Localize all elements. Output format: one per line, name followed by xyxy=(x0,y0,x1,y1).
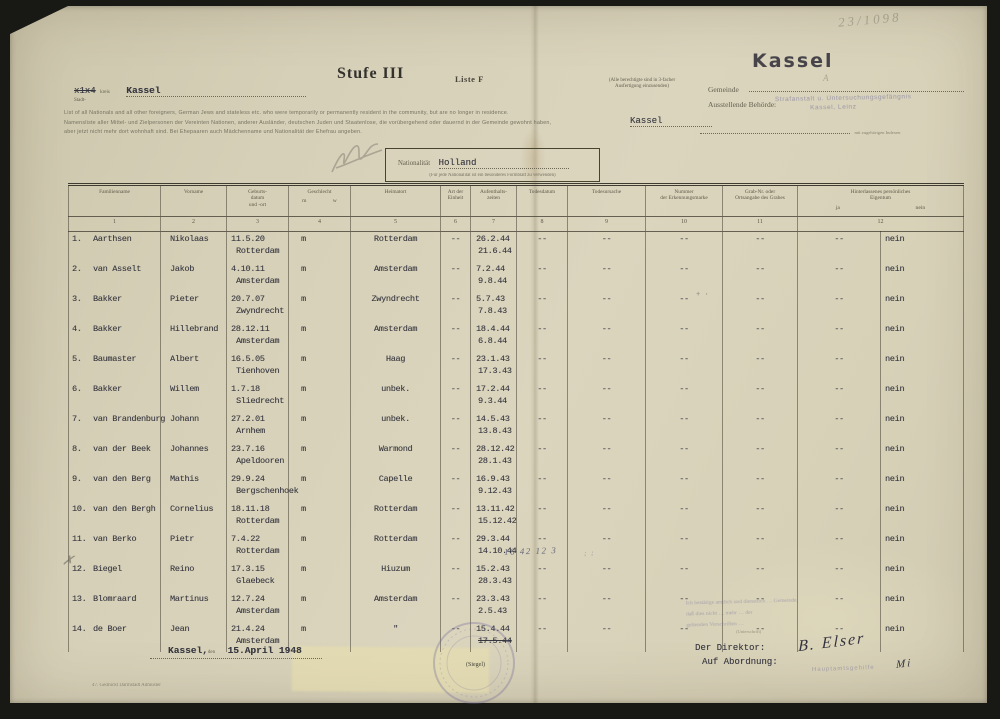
stay-to: 9.3.44 xyxy=(471,394,516,406)
cell-property-ja-value: -- xyxy=(798,442,880,454)
table-row: 10.van den BerghCornelius18.11.18Rotterd… xyxy=(69,502,964,532)
cell-death-cause-value: -- xyxy=(568,562,645,574)
cell-id-tag: -- xyxy=(646,352,723,382)
birth-place: Tienhoven xyxy=(227,364,288,376)
cell-death-cause: -- xyxy=(568,532,646,562)
cell-death-date-value: -- xyxy=(517,322,567,334)
cell-property-ja-value: -- xyxy=(798,562,880,574)
date-underline xyxy=(150,658,322,659)
stay-from: 13.11.42 xyxy=(471,502,516,514)
cell-death-date-value: -- xyxy=(517,382,567,394)
cell-grave-value: -- xyxy=(723,562,797,574)
cell-stay: 7.2.449.8.44 xyxy=(471,262,517,292)
property-nein-value: nein xyxy=(881,232,963,244)
property-nein-value: nein xyxy=(881,322,963,334)
cell-firstname: Martinus xyxy=(161,592,227,622)
cell-birth: 16.5.05Tienhoven xyxy=(227,352,289,382)
unit-value: -- xyxy=(441,472,470,484)
cell-stay: 14.5.4313.8.43 xyxy=(471,412,517,442)
cell-surname: 9.van den Berg xyxy=(69,472,161,502)
cell-grave-value: -- xyxy=(723,442,797,454)
property-nein-value: nein xyxy=(881,622,963,634)
firstname-value: Jean xyxy=(161,622,226,634)
hometown-value: Amsterdam xyxy=(351,322,440,334)
birth-place: Arnhem xyxy=(227,424,288,436)
cell-property-nein: nein xyxy=(881,562,964,592)
cell-unit: -- xyxy=(441,442,471,472)
column-header: Grab-Nr. oderOrtsangabe des Grabes xyxy=(723,185,798,217)
hometown-value: Capelle xyxy=(351,472,440,484)
cell-sex: m xyxy=(289,502,351,532)
cell-birth: 20.7.07Zwyndrecht xyxy=(227,292,289,322)
column-header: Aufenthalts-zeiten xyxy=(471,185,517,217)
stay-to: 6.8.44 xyxy=(471,334,516,346)
cell-property-ja-value: -- xyxy=(798,322,880,334)
column-header-line: Eigentum xyxy=(798,195,963,201)
cell-death-cause: -- xyxy=(568,262,646,292)
property-nein-value: nein xyxy=(881,352,963,364)
surname-value: van Brandenburg xyxy=(93,414,165,424)
hometown-value: Rotterdam xyxy=(351,502,440,514)
firstname-value: Hillebrand xyxy=(161,322,226,334)
cell-property-nein: nein xyxy=(881,622,964,652)
cell-hometown: unbek. xyxy=(351,412,441,442)
stay-to: 2.5.43 xyxy=(471,604,516,616)
birth-place: Amsterdam xyxy=(227,274,288,286)
birth-date: 7.4.22 xyxy=(227,532,288,544)
surname-line: 5.Baumaster xyxy=(69,352,160,364)
cell-firstname: Albert xyxy=(161,352,227,382)
surname-line: 10.van den Bergh xyxy=(69,502,160,514)
cell-surname: 11.van Berko xyxy=(69,532,161,562)
cell-grave: -- xyxy=(723,562,798,592)
surname-line: 8.van der Beek xyxy=(69,442,160,454)
stay-from: 5.7.43 xyxy=(471,292,516,304)
birth-date: 12.7.24 xyxy=(227,592,288,604)
cell-id-tag-value: -- xyxy=(646,532,722,544)
cell-death-cause-value: -- xyxy=(568,412,645,424)
cell-property-ja: -- xyxy=(798,262,881,292)
cell-sex: m xyxy=(289,562,351,592)
cell-id-tag: -- xyxy=(646,262,723,292)
hometown-value: Rotterdam xyxy=(351,232,440,244)
surname-line: 2.van Asselt xyxy=(69,262,160,274)
surname-line: 1.Aarthsen xyxy=(69,232,160,244)
cell-surname: 3.Bakker xyxy=(69,292,161,322)
hometown-value: Haag xyxy=(351,352,440,364)
cell-property-ja-value: -- xyxy=(798,412,880,424)
cell-grave-value: -- xyxy=(723,472,797,484)
row12-handwritten-marks: ; ; xyxy=(584,549,595,557)
row-number: 13. xyxy=(69,594,93,604)
column-header: Vorname xyxy=(161,185,227,217)
column-header: Todesursache xyxy=(568,185,646,217)
unit-value: -- xyxy=(441,502,470,514)
cell-stay: 13.11.4215.12.42 xyxy=(471,502,517,532)
cell-firstname: Reino xyxy=(161,562,227,592)
cell-hometown: unbek. xyxy=(351,382,441,412)
cell-death-cause-value: -- xyxy=(568,592,645,604)
cell-id-tag: -- xyxy=(646,382,723,412)
stay-to: 28.1.43 xyxy=(471,454,516,466)
firstname-value: Nikolaas xyxy=(161,232,226,244)
firstname-value: Willem xyxy=(161,382,226,394)
column-number: 5 xyxy=(351,217,441,232)
cell-hometown: Rotterdam xyxy=(351,232,441,263)
cell-id-tag-value: -- xyxy=(646,562,722,574)
cell-property-ja-value: -- xyxy=(798,232,880,244)
cell-id-tag: -- xyxy=(646,502,723,532)
surname-value: van Berko xyxy=(93,534,136,544)
cell-id-tag-value: -- xyxy=(646,442,722,454)
cell-firstname: Mathis xyxy=(161,472,227,502)
sex-value: m xyxy=(289,442,350,454)
stadt-label: Stadt- xyxy=(74,98,86,104)
cell-sex: m xyxy=(289,592,351,622)
place-date-line: Kassel,den 15.April 1948 xyxy=(150,640,302,658)
sex-value: m xyxy=(289,592,350,604)
sex-value: m xyxy=(289,382,350,394)
cell-birth: 12.7.24Amsterdam xyxy=(227,592,289,622)
surname-value: Bakker xyxy=(93,384,122,394)
cell-id-tag: -- xyxy=(646,412,723,442)
firstname-value: Johannes xyxy=(161,442,226,454)
stay-from: 17.2.44 xyxy=(471,382,516,394)
row-number: 1. xyxy=(69,234,93,244)
birth-date: 16.5.05 xyxy=(227,352,288,364)
cell-sex: m xyxy=(289,412,351,442)
row3-stray-mark: + · xyxy=(696,291,709,299)
cell-death-cause-value: -- xyxy=(568,352,645,364)
certification-stamp: Ich bestätige amtlich und dienstlich … G… xyxy=(686,594,875,632)
issuing-authority-label: Ausstellende Behörde: xyxy=(708,100,776,109)
cell-hometown: Hiuzum xyxy=(351,562,441,592)
cell-death-cause-value: -- xyxy=(568,442,645,454)
property-nein-value: nein xyxy=(881,472,963,484)
cell-property-nein: nein xyxy=(881,532,964,562)
surname-value: van den Bergh xyxy=(93,504,155,514)
row-number: 6. xyxy=(69,384,93,394)
row-number: 2. xyxy=(69,264,93,274)
unit-value: -- xyxy=(441,532,470,544)
column-number: 12 xyxy=(798,217,964,232)
surname-line: 6.Bakker xyxy=(69,382,160,394)
row-number: 11. xyxy=(69,534,93,544)
surname-value: van Asselt xyxy=(93,264,141,274)
column-header-line: und -ort xyxy=(227,202,288,208)
signature-initials: Mi xyxy=(896,657,912,671)
cell-grave: -- xyxy=(723,262,798,292)
column-number: 10 xyxy=(646,217,723,232)
cell-birth: 18.11.18Rotterdam xyxy=(227,502,289,532)
row-number: 7. xyxy=(69,414,93,424)
sex-value: m xyxy=(289,232,350,244)
property-nein-value: nein xyxy=(881,292,963,304)
cell-grave-value: -- xyxy=(723,292,797,304)
column-number: 2 xyxy=(161,217,227,232)
firstname-value: Pieter xyxy=(161,292,226,304)
stay-to: 21.6.44 xyxy=(471,244,516,256)
cell-firstname: Johannes xyxy=(161,442,227,472)
cell-property-ja: -- xyxy=(798,232,881,263)
hometown-value: Amsterdam xyxy=(351,592,440,604)
abordnung-label: Auf Abordnung: xyxy=(702,657,778,667)
cell-id-tag-value: -- xyxy=(646,322,722,334)
cell-property-nein: nein xyxy=(881,412,964,442)
cell-grave: -- xyxy=(723,442,798,472)
cell-id-tag: -- xyxy=(646,442,723,472)
nationality-box: Nationalität Holland (Für jede Nationali… xyxy=(385,148,600,182)
cell-id-tag-value: -- xyxy=(646,292,722,304)
stay-to: 7.8.43 xyxy=(471,304,516,316)
unit-value: -- xyxy=(441,352,470,364)
firstname-value: Jakob xyxy=(161,262,226,274)
surname-value: Biegel xyxy=(93,564,122,574)
sex-value: m xyxy=(289,412,350,424)
hometown-value: " xyxy=(351,622,440,634)
cell-id-tag-value: -- xyxy=(646,352,722,364)
cell-birth: 23.7.16Apeldooren xyxy=(227,442,289,472)
surname-value: van den Berg xyxy=(93,474,151,484)
cell-death-cause-value: -- xyxy=(568,622,645,634)
print-note: 47. Gedruckt Darmstadt Admuster xyxy=(92,683,161,688)
cell-property-ja: -- xyxy=(798,292,881,322)
cell-stay: 15.2.4328.3.43 xyxy=(471,562,517,592)
hometown-value: unbek. xyxy=(351,382,440,394)
table-row: 3.BakkerPieter20.7.07ZwyndrechtmZwyndrec… xyxy=(69,292,964,322)
cell-property-ja: -- xyxy=(798,472,881,502)
cell-stay: 28.12.4228.1.43 xyxy=(471,442,517,472)
cell-grave: -- xyxy=(723,502,798,532)
column-header: Heimatort xyxy=(351,185,441,217)
cell-firstname: Johann xyxy=(161,412,227,442)
unit-value: -- xyxy=(441,262,470,274)
cell-grave: -- xyxy=(723,412,798,442)
cell-unit: -- xyxy=(441,322,471,352)
cell-death-date-value: -- xyxy=(517,292,567,304)
row12-margin-mark: ✗ xyxy=(61,552,75,570)
stay-from: 15.2.43 xyxy=(471,562,516,574)
unit-value: -- xyxy=(441,412,470,424)
cell-death-cause-value: -- xyxy=(568,262,645,274)
cell-hometown: Amsterdam xyxy=(351,322,441,352)
cell-stay: 23.1.4317.3.43 xyxy=(471,352,517,382)
cell-death-date: -- xyxy=(517,292,568,322)
cell-firstname: Jakob xyxy=(161,262,227,292)
cell-property-ja-value: -- xyxy=(798,262,880,274)
cell-id-tag-value: -- xyxy=(646,382,722,394)
firstname-value: Pietr xyxy=(161,532,226,544)
unit-value: -- xyxy=(441,292,470,304)
column-number: 9 xyxy=(568,217,646,232)
column-header: Todesdatum xyxy=(517,185,568,217)
cell-grave-value: -- xyxy=(723,232,797,244)
birth-date: 20.7.07 xyxy=(227,292,288,304)
cell-stay: 17.2.449.3.44 xyxy=(471,382,517,412)
cell-firstname: Willem xyxy=(161,382,227,412)
table-row: 6.BakkerWillem1.7.18Sliedrechtmunbek.--1… xyxy=(69,382,964,412)
cell-id-tag: -- xyxy=(646,292,723,322)
column-number: 8 xyxy=(517,217,568,232)
cell-unit: -- xyxy=(441,532,471,562)
cell-sex: m xyxy=(289,322,351,352)
cell-death-cause: -- xyxy=(568,382,646,412)
surname-value: Blomraard xyxy=(93,594,136,604)
unit-value: -- xyxy=(441,322,470,334)
cell-property-ja: -- xyxy=(798,412,881,442)
row-number: 14. xyxy=(69,624,93,634)
table-row: 4.BakkerHillebrand28.12.11AmsterdammAmst… xyxy=(69,322,964,352)
cell-death-date-value: -- xyxy=(517,412,567,424)
cell-death-cause: -- xyxy=(568,592,646,622)
cell-death-date-value: -- xyxy=(517,472,567,484)
cell-unit: -- xyxy=(441,232,471,263)
cell-property-ja: -- xyxy=(798,322,881,352)
cell-id-tag-value: -- xyxy=(646,262,722,274)
nationality-value: Holland xyxy=(439,158,569,169)
cell-surname: 10.van den Bergh xyxy=(69,502,161,532)
cell-surname: 7.van Brandenburg xyxy=(69,412,161,442)
city-stamp: Kassel xyxy=(752,50,834,72)
kreis-label: kreis xyxy=(100,90,110,95)
subheader-label: nein xyxy=(916,205,926,211)
form-grade-title: Stufe III xyxy=(337,65,404,83)
column-number: 1 xyxy=(69,217,161,232)
cell-property-nein: nein xyxy=(881,232,964,263)
cell-death-date: -- xyxy=(517,622,568,652)
row-number: 5. xyxy=(69,354,93,364)
cell-id-tag: -- xyxy=(646,562,723,592)
birth-date: 23.7.16 xyxy=(227,442,288,454)
stay-from: 7.2.44 xyxy=(471,262,516,274)
kreis-value: Kassel xyxy=(126,85,306,97)
cell-property-ja: -- xyxy=(798,502,881,532)
cell-property-ja-value: -- xyxy=(798,292,880,304)
cell-property-ja: -- xyxy=(798,352,881,382)
column-number: 6 xyxy=(441,217,471,232)
cell-death-date: -- xyxy=(517,592,568,622)
surname-line: 7.van Brandenburg xyxy=(69,412,160,424)
copies-note: (Alle berechtigte sind in 3-facher Ausfe… xyxy=(583,78,701,90)
cell-surname: 8.van der Beek xyxy=(69,442,161,472)
cell-death-date-value: -- xyxy=(517,532,567,544)
birth-date: 27.2.01 xyxy=(227,412,288,424)
cell-death-date-value: -- xyxy=(517,622,567,634)
stay-from: 28.12.42 xyxy=(471,442,516,454)
cell-property-ja-value: -- xyxy=(798,352,880,364)
cell-firstname: Pietr xyxy=(161,532,227,562)
register-table: FamiliennameVornameGeburts-datumund -ort… xyxy=(68,183,964,652)
sex-value: m xyxy=(289,322,350,334)
cell-property-nein: nein xyxy=(881,442,964,472)
cell-death-date: -- xyxy=(517,502,568,532)
column-header-line: Todesdatum xyxy=(517,189,567,195)
column-header-line: Geschlecht xyxy=(289,189,350,195)
surname-line: 4.Bakker xyxy=(69,322,160,334)
cell-stay: 26.2.4421.6.44 xyxy=(471,232,517,263)
cell-grave: -- xyxy=(723,472,798,502)
nationality-label: Nationalität xyxy=(398,160,430,167)
cell-death-cause: -- xyxy=(568,502,646,532)
hometown-value: Warmond xyxy=(351,442,440,454)
birth-place: Rotterdam xyxy=(227,244,288,256)
cell-birth: 27.2.01Arnhem xyxy=(227,412,289,442)
birth-date: 11.5.20 xyxy=(227,232,288,244)
column-header-line: Familienname xyxy=(69,189,160,195)
cell-birth: 1.7.18Sliedrecht xyxy=(227,382,289,412)
hometown-value: unbek. xyxy=(351,412,440,424)
stay-to: 9.12.43 xyxy=(471,484,516,496)
column-header: Art derEinheit xyxy=(441,185,471,217)
list-letter-label: Liste F xyxy=(455,74,484,84)
sex-value: m xyxy=(289,562,350,574)
cell-property-ja-value: -- xyxy=(798,532,880,544)
cell-death-date: -- xyxy=(517,382,568,412)
birth-date: 1.7.18 xyxy=(227,382,288,394)
cell-death-date: -- xyxy=(517,442,568,472)
cell-unit: -- xyxy=(441,412,471,442)
birth-place: Rotterdam xyxy=(227,544,288,556)
property-nein-value: nein xyxy=(881,502,963,514)
scanned-document: 23/1098 x1x4 kreis Kassel Stadt- Stufe I… xyxy=(0,0,1000,719)
property-nein-value: nein xyxy=(881,412,963,424)
cell-death-date: -- xyxy=(517,562,568,592)
table-row: 1.AarthsenNikolaas11.5.20RotterdammRotte… xyxy=(69,232,964,263)
cell-hometown: Warmond xyxy=(351,442,441,472)
cell-property-nein: nein xyxy=(881,382,964,412)
intro-city-value: Kassel xyxy=(630,116,712,127)
cell-unit: -- xyxy=(441,292,471,322)
row12-handwritten-note: 16 42 12 3 xyxy=(504,545,558,557)
sex-value: m xyxy=(289,622,350,634)
cell-death-cause-value: -- xyxy=(568,532,645,544)
table-row: 12.BiegelReino17.3.15GlaebeckmHiuzum--15… xyxy=(69,562,964,592)
birth-place: Amsterdam xyxy=(227,334,288,346)
surname-line: 12.Biegel xyxy=(69,562,160,574)
cell-hometown: Haag xyxy=(351,352,441,382)
cell-hometown: Amsterdam xyxy=(351,592,441,622)
cell-property-nein: nein xyxy=(881,502,964,532)
cell-death-cause: -- xyxy=(568,412,646,442)
cell-sex: m xyxy=(289,232,351,263)
cell-unit: -- xyxy=(441,262,471,292)
authority-sub-note: mit zugehörigen Indexen xyxy=(854,130,900,135)
surname-line: 3.Bakker xyxy=(69,292,160,304)
column-header: Geschlechtmw xyxy=(289,185,351,217)
property-nein-value: nein xyxy=(881,562,963,574)
column-subheader: mw xyxy=(289,198,350,204)
cell-sex: m xyxy=(289,292,351,322)
cell-property-nein: nein xyxy=(881,472,964,502)
surname-value: Baumaster xyxy=(93,354,136,364)
hometown-value: Zwyndrecht xyxy=(351,292,440,304)
pencil-scribble xyxy=(326,134,388,180)
cell-grave-value: -- xyxy=(723,322,797,334)
birth-place: Amsterdam xyxy=(227,604,288,616)
hometown-value: Hiuzum xyxy=(351,562,440,574)
cell-property-ja-value: -- xyxy=(798,382,880,394)
table-head: FamiliennameVornameGeburts-datumund -ort… xyxy=(69,185,964,232)
cell-property-ja-value: -- xyxy=(798,472,880,484)
cell-hometown: Amsterdam xyxy=(351,262,441,292)
stay-from: 14.5.43 xyxy=(471,412,516,424)
cell-death-cause-value: -- xyxy=(568,472,645,484)
cell-unit: -- xyxy=(441,502,471,532)
column-header: Nummerder Erkennungsmarke xyxy=(646,185,723,217)
cell-birth: 28.12.11Amsterdam xyxy=(227,322,289,352)
column-header-line: der Erkennungsmarke xyxy=(646,195,722,201)
firstname-value: Cornelius xyxy=(161,502,226,514)
